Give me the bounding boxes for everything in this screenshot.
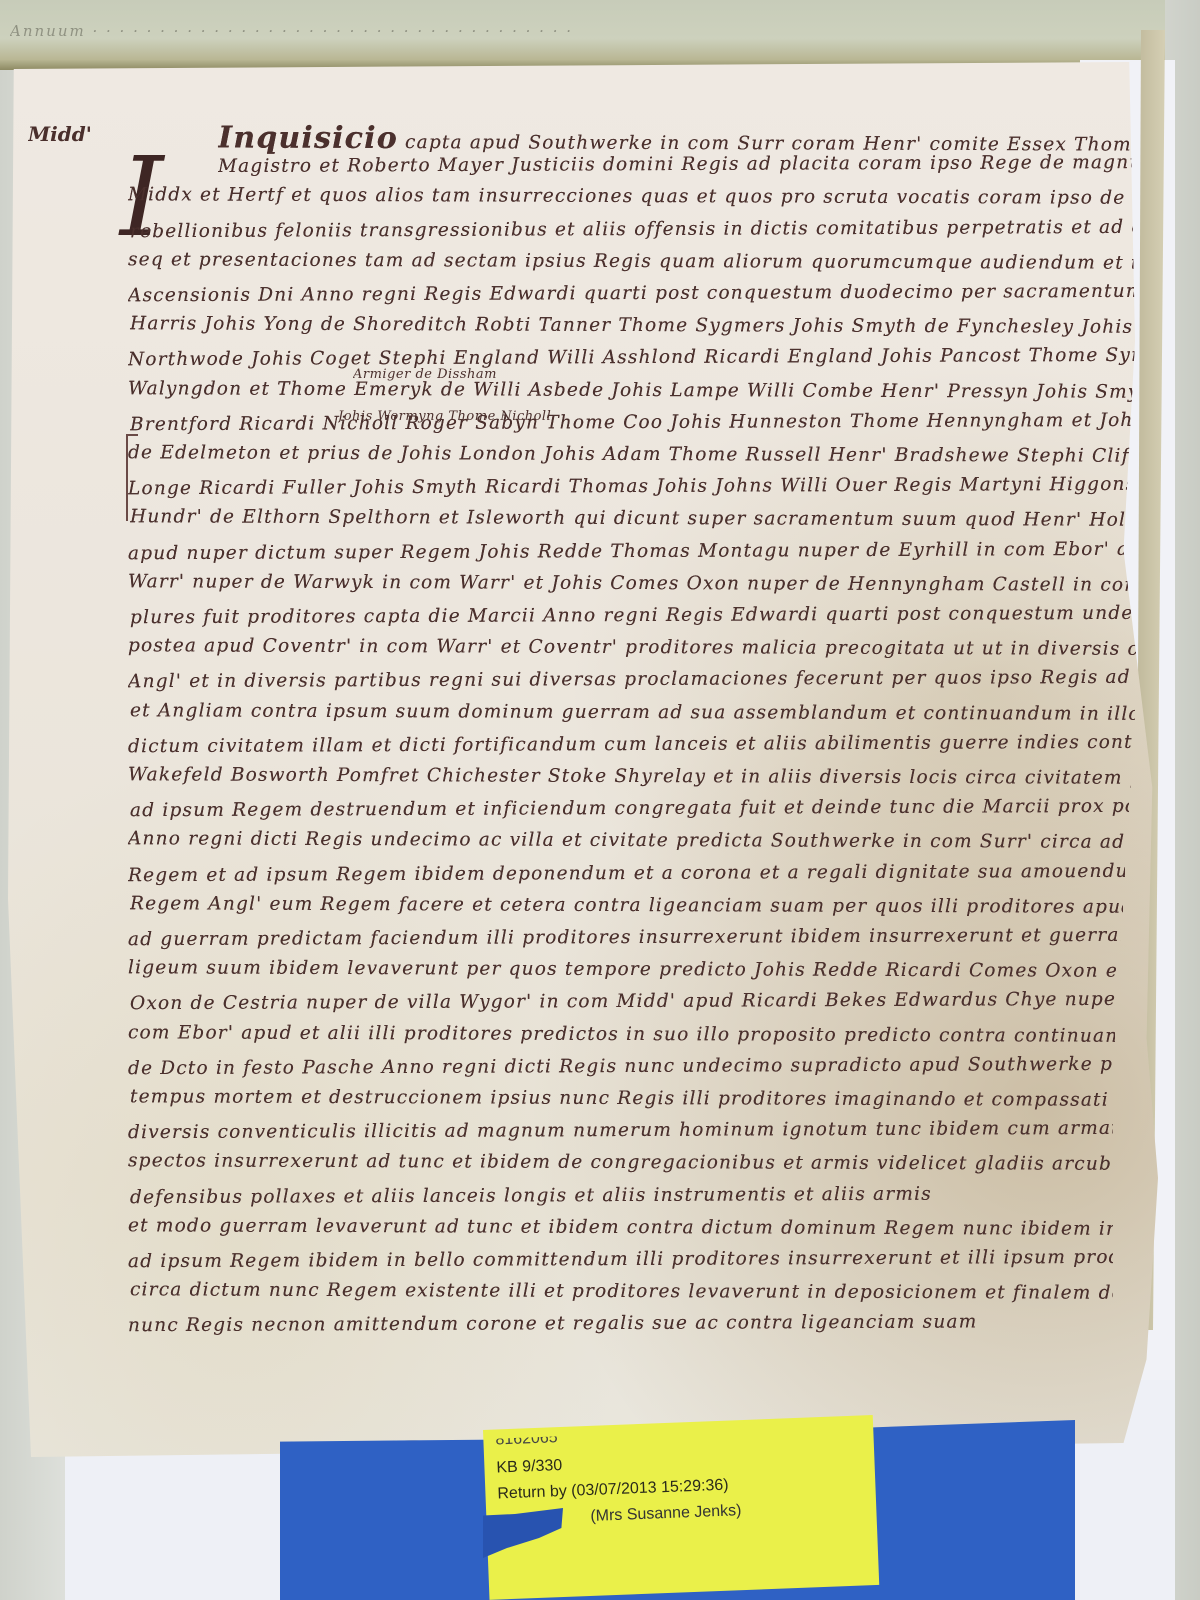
interlinear-note: Johis Wormyng Thome Nicholl — [338, 409, 551, 424]
slip-document-reference: KB 9/330 — [496, 1457, 562, 1478]
manuscript-line: Anno regni dicti Regis undecimo ac villa… — [128, 829, 1127, 853]
manuscript-line: ligeum suum ibidem levaverunt per quos t… — [128, 957, 1119, 981]
manuscript-line: dictum civitatem illam et dicti fortific… — [128, 732, 1133, 757]
manuscript-line: de Edelmeton et prius de Johis London Jo… — [128, 442, 1143, 467]
interlinear-note: Armiger de Dissham — [353, 367, 497, 382]
manuscript-line: postea apud Coventr' in com Warr' et Cov… — [128, 635, 1139, 660]
manuscript-text-body: Inquisicio capta apud Southwerke in com … — [8, 62, 1158, 1457]
manuscript-line: Regem Angl' eum Regem facere et cetera c… — [130, 893, 1123, 917]
manuscript-line: Northwode Johis Coget Stephi England Wil… — [128, 345, 1143, 370]
opening-word: Inquisicio — [218, 120, 398, 156]
manuscript-line: et modo guerram levaverunt ad tunc et ib… — [128, 1215, 1113, 1239]
manuscript-line: plures fuit proditores capta die Marcii … — [130, 603, 1141, 628]
manuscript-line: tempus mortem et destruccionem ipsius nu… — [130, 1086, 1113, 1110]
manuscript-line: Brentford Ricardi Nicholl Roger Sabyn Th… — [130, 410, 1143, 435]
manuscript-line: diversis conventiculis illicitis ad magn… — [128, 1118, 1113, 1143]
manuscript-line: Harris Johis Yong de Shoreditch Robti Ta… — [130, 313, 1143, 338]
manuscript-line: de Dcto in festo Pasche Anno regni dicti… — [128, 1054, 1113, 1079]
manuscript-line: Warr' nuper de Warwyk in com Warr' et Jo… — [128, 571, 1143, 596]
manuscript-line: Middx et Hertf et quos alios tam insurre… — [128, 185, 1143, 210]
manuscript-line: Angl' et in diversis partibus regni sui … — [128, 667, 1137, 692]
manuscript-line: circa dictum nunc Regem existente illi e… — [130, 1279, 1113, 1303]
manuscript-line: Ascensionis Dni Anno regni Regis Edwardi… — [128, 281, 1143, 306]
manuscript-line: seq et presentaciones tam ad sectam ipsi… — [128, 249, 1143, 274]
return-by-value: (03/07/2013 15:29:36) — [571, 1477, 729, 1500]
slip-reference-number: 8162065 — [495, 1429, 558, 1449]
manuscript-line: ad ipsum Regem ibidem in bello committen… — [128, 1247, 1113, 1272]
manuscript-line: rebellionibus feloniis transgressionibus… — [130, 216, 1143, 241]
manuscript-membrane: Midd' I Inquisicio capta apud Southwerke… — [8, 62, 1158, 1457]
manuscript-line: Hundr' de Elthorn Spelthorn et Isleworth… — [130, 507, 1143, 532]
faded-text-on-roll: Annuum · · · · · · · · · · · · · · · · ·… — [10, 22, 1110, 40]
manuscript-line: et Angliam contra ipsum suum dominum gue… — [130, 700, 1135, 725]
manuscript-line: ad ipsum Regem destruendum et inficiendu… — [130, 796, 1129, 821]
manuscript-line: Wakefeld Bosworth Pomfret Chichester Sto… — [128, 764, 1131, 789]
manuscript-line: spectos insurrexerunt ad tunc et ibidem … — [128, 1151, 1113, 1175]
slip-return-by: Return by (03/07/2013 15:29:36) — [497, 1477, 729, 1504]
slip-requester: (Mrs Susanne Jenks) — [590, 1502, 742, 1526]
manuscript-line: ad guerram predictam faciendum illi prod… — [128, 925, 1121, 950]
manuscript-line: nunc Regis necnon amittendum corone et r… — [128, 1311, 1113, 1336]
manuscript-line: Walyngdon et Thome Emeryk de Willi Asbed… — [128, 378, 1143, 403]
manuscript-line: Regem et ad ipsum Regem ibidem deponendu… — [128, 860, 1125, 885]
return-by-label: Return by — [497, 1483, 567, 1503]
manuscript-line: Oxon de Cestria nuper de villa Wygor' in… — [130, 989, 1117, 1014]
manuscript-line: Magistro et Roberto Mayer Justiciis domi… — [218, 152, 1143, 177]
manuscript-line: defensibus pollaxes et aliis lanceis lon… — [130, 1182, 1113, 1207]
manuscript-line: apud nuper dictum super Regem Johis Redd… — [128, 538, 1143, 563]
manuscript-line: com Ebor' apud et alii illi proditores p… — [128, 1022, 1115, 1046]
retrieval-slip: 8162065 KB 9/330 Return by (03/07/2013 1… — [483, 1415, 879, 1600]
manuscript-line: Longe Ricardi Fuller Johis Smyth Ricardi… — [128, 474, 1143, 499]
rolled-membrane-top: Annuum · · · · · · · · · · · · · · · · ·… — [0, 0, 1165, 70]
